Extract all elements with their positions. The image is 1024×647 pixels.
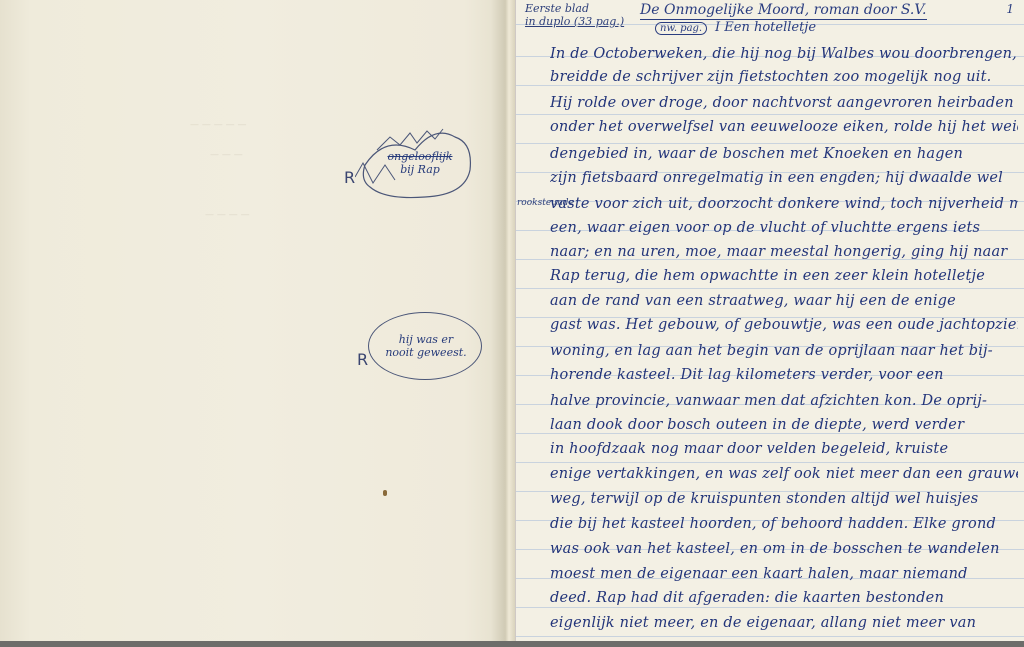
manuscript-line: was ook van het kasteel, en om in de bos… bbox=[550, 535, 1018, 563]
header-note-line: Eerste blad bbox=[525, 2, 624, 15]
manuscript-line: horende kasteel. Dit lag kilometers verd… bbox=[550, 361, 1018, 389]
annotation-r-mark: R bbox=[344, 168, 355, 187]
annotation-r-mark: R bbox=[357, 350, 368, 369]
manuscript-line: enige vertakkingen, en was zelf ook niet… bbox=[550, 460, 1018, 488]
annotation-line: nooit geweest. bbox=[376, 346, 476, 359]
manuscript-line: deed. Rap had dit afgeraden: die kaarten… bbox=[550, 584, 1018, 612]
manuscript-line: Rap terug, die hem opwachtte in een zeer… bbox=[550, 262, 1018, 290]
annotation-line: hij was er bbox=[376, 333, 476, 346]
annotation-line: bij Rap bbox=[370, 163, 470, 176]
show-through-text: — — — bbox=[210, 150, 243, 160]
show-through-text: — — — — bbox=[205, 210, 250, 220]
manuscript-line: zijn fietsbaard onregelmatig in een engd… bbox=[550, 164, 1018, 192]
chapter-title: I Een hotelletje bbox=[715, 20, 816, 35]
annotation-text: ongelooflijk bij Rap bbox=[370, 150, 470, 176]
manuscript-line: gast was. Het gebouw, of gebouwtje, was … bbox=[550, 311, 1018, 339]
header-note: Eerste blad in duplo (33 pag.) bbox=[525, 2, 624, 28]
book-gutter bbox=[505, 0, 515, 641]
page-number: 1 bbox=[1006, 2, 1014, 16]
page-fold-shadow bbox=[491, 0, 505, 641]
annotation-line: ongelooflijk bbox=[370, 150, 470, 163]
manuscript-title: De Onmogelijke Moord, roman door S.V. bbox=[640, 2, 927, 20]
margin-rule bbox=[515, 0, 516, 641]
new-page-note: nw. pag. bbox=[655, 22, 707, 35]
manuscript-line: die bij het kasteel hoorden, of behoord … bbox=[550, 510, 1018, 538]
header-note-line: in duplo (33 pag.) bbox=[525, 15, 624, 28]
scan-background-edge bbox=[0, 641, 1024, 647]
manuscript-spread: — — — — — — — — — — — — R ongelooflijk b… bbox=[0, 0, 1024, 641]
left-page: — — — — — — — — — — — — R ongelooflijk b… bbox=[0, 0, 507, 641]
right-page: Eerste blad in duplo (33 pag.) De Onmoge… bbox=[515, 0, 1024, 641]
manuscript-line: onder het overwelfsel van eeuwelooze eik… bbox=[550, 113, 1018, 141]
manuscript-line: eigenlijk niet meer, en de eigenaar, all… bbox=[550, 609, 1018, 637]
annotation-text: hij was er nooit geweest. bbox=[376, 333, 476, 359]
manuscript-line: in hoofdzaak nog maar door velden begele… bbox=[550, 435, 1018, 463]
manuscript-line: weg, terwijl op de kruispunten stonden a… bbox=[550, 485, 1018, 513]
paper-stain bbox=[383, 490, 387, 496]
manuscript-line: breidde de schrijver zijn fietstochten z… bbox=[550, 63, 1018, 91]
show-through-text: — — — — — bbox=[190, 120, 246, 130]
